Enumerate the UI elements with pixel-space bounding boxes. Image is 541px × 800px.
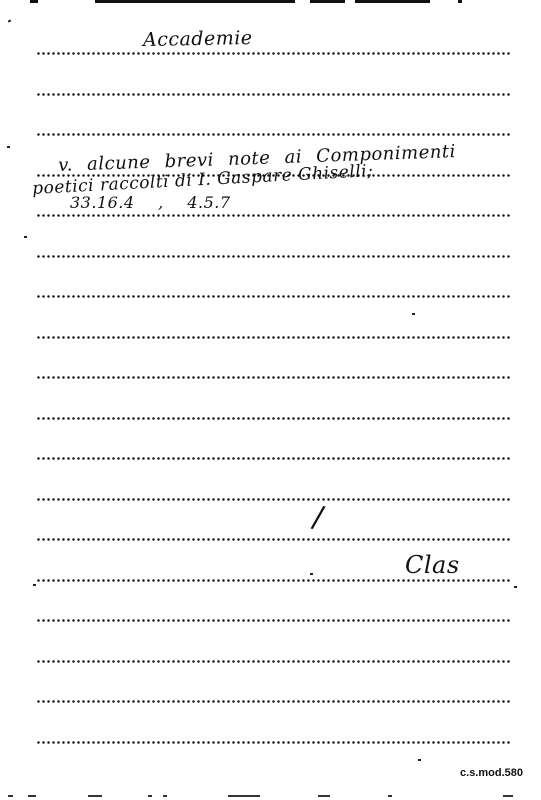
speck — [33, 584, 36, 586]
signature: Clas — [405, 551, 460, 579]
ruled-line — [36, 619, 510, 622]
speck — [8, 19, 12, 22]
ruled-line — [36, 52, 510, 55]
ruled-line — [36, 579, 510, 582]
speck — [514, 586, 517, 588]
speck — [7, 146, 10, 148]
speck — [310, 573, 313, 575]
bottom-border-marks — [0, 795, 541, 800]
ruled-line — [36, 498, 510, 501]
index-card: Accademie v. alcune brevi note ai Compon… — [0, 0, 541, 800]
speck — [24, 236, 27, 238]
ruled-line — [36, 660, 510, 663]
ruled-line — [36, 417, 510, 420]
form-code-label: c.s.mod.580 — [460, 767, 523, 779]
ruled-line — [36, 538, 510, 541]
ruled-line — [36, 214, 510, 217]
ruled-line — [36, 336, 510, 339]
ruled-line — [36, 700, 510, 703]
note-line-3: 33.16.4 , 4.5.7 — [70, 193, 231, 212]
ruled-line — [36, 457, 510, 460]
slash-mark: / — [309, 499, 327, 535]
ruled-line — [36, 295, 510, 298]
speck — [412, 313, 415, 315]
ruled-line — [36, 93, 510, 96]
speck — [418, 759, 421, 761]
ruled-line — [36, 133, 510, 136]
top-border-marks — [0, 0, 541, 4]
ruled-line — [36, 376, 510, 379]
ruled-line — [36, 255, 510, 258]
heading-handwritten: Accademie — [143, 27, 253, 51]
ruled-line — [36, 741, 510, 744]
